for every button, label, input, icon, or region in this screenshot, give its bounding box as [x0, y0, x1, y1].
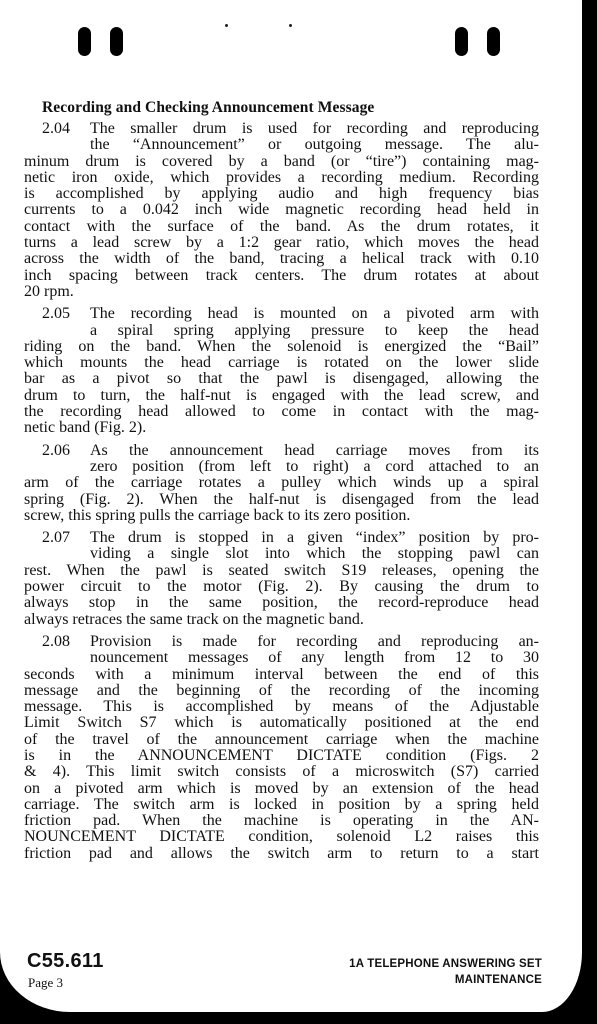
binder-hole-icon — [78, 27, 91, 56]
paragraph-number: 2.07 — [42, 530, 90, 546]
product-title: 1A TELEPHONE ANSWERING SET — [349, 956, 542, 972]
document-subtitle: MAINTENANCE — [349, 972, 542, 988]
paragraph-number: 2.04 — [42, 121, 90, 137]
scan-speck — [225, 24, 228, 27]
paragraph-2-08: 2.08Provision is made for recording and … — [24, 634, 539, 862]
paragraph-2-05: 2.05The recording head is mounted on a p… — [24, 306, 539, 436]
page-number: Page 3 — [28, 975, 63, 991]
paragraph-2-06: 2.06As the announcement head carriage mo… — [24, 443, 539, 524]
document-title-block: 1A TELEPHONE ANSWERING SET MAINTENANCE — [349, 956, 542, 988]
paragraph-2-04: 2.04The smaller drum is used for recordi… — [24, 121, 539, 300]
binder-hole-icon — [487, 27, 500, 56]
body-text: 2.04The smaller drum is used for recordi… — [24, 121, 539, 868]
binder-hole-icon — [455, 27, 468, 56]
binder-hole-icon — [110, 27, 123, 56]
scan-speck — [289, 24, 292, 27]
paragraph-number: 2.05 — [42, 306, 90, 322]
document-code: C55.611 — [27, 950, 104, 973]
section-heading: Recording and Checking Announcement Mess… — [42, 99, 374, 117]
document-page: Recording and Checking Announcement Mess… — [0, 0, 582, 1012]
paragraph-number: 2.08 — [42, 634, 90, 650]
paragraph-2-07: 2.07The drum is stopped in a given “inde… — [24, 530, 539, 628]
paragraph-number: 2.06 — [42, 443, 90, 459]
